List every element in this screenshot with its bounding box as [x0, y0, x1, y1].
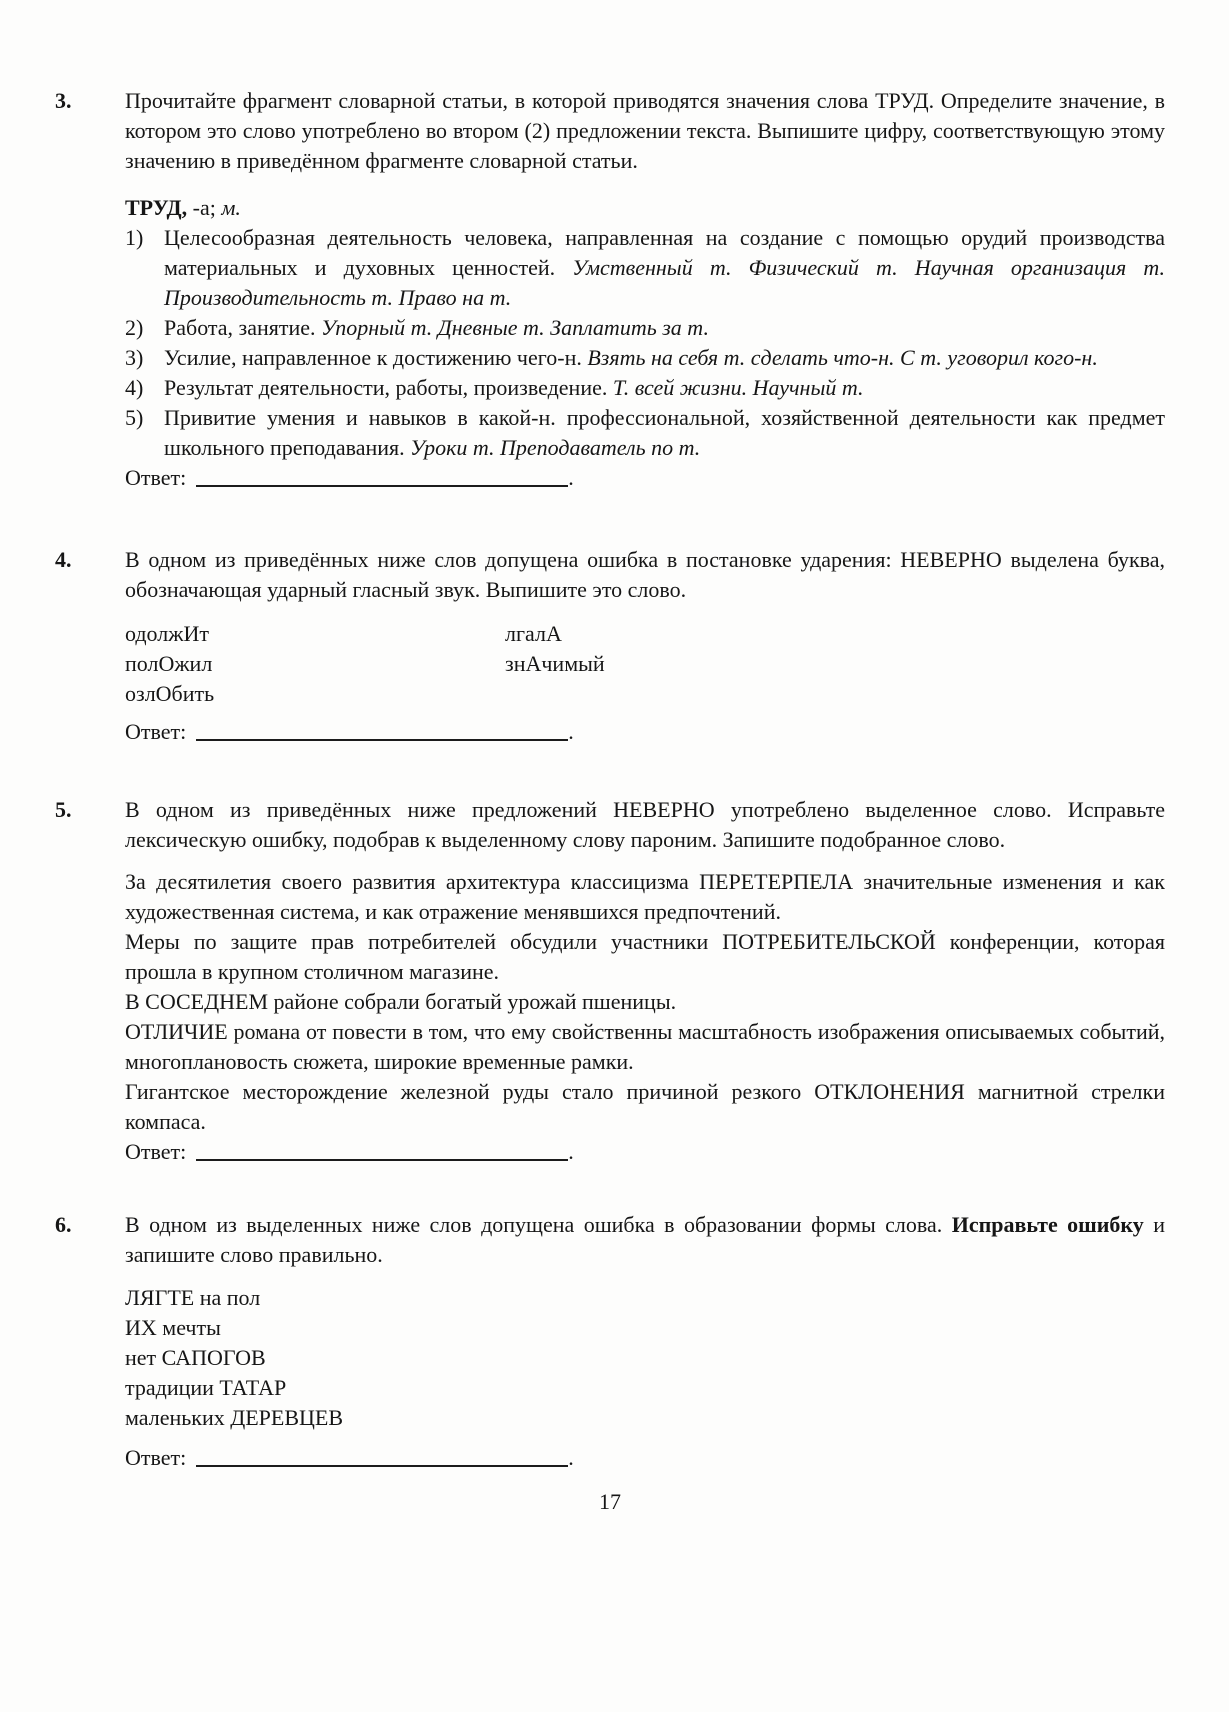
question-4-answer-row: Ответ:.	[125, 717, 1165, 747]
answer-blank-line	[196, 473, 568, 487]
question-4: 4. В одном из приведённых ниже слов допу…	[55, 545, 1165, 747]
question-5: 5. В одном из приведённых ниже предложен…	[55, 795, 1165, 1167]
dictionary-sense-5: 5) Привитие умения и навыков в какой-н. …	[125, 403, 1165, 463]
word-column-left: одолжИт полОжил озлОбить	[125, 619, 505, 709]
dictionary-forms: -а;	[193, 195, 216, 220]
word-item: полОжил	[125, 649, 505, 679]
answer-period: .	[568, 719, 574, 744]
word-column-right: лгалА знАчимый	[505, 619, 1165, 709]
word-item: знАчимый	[505, 649, 1165, 679]
dictionary-sense-4: 4) Результат деятельности, работы, произ…	[125, 373, 1165, 403]
sense-1-number: 1)	[125, 223, 164, 313]
dictionary-headword: ТРУД,	[125, 195, 187, 220]
question-4-intro: В одном из приведённых ниже слов допущен…	[125, 545, 1165, 605]
dictionary-entry: ТРУД, -а; м. 1) Целесообразная деятельно…	[125, 193, 1165, 463]
word-item: ЛЯГТЕ на пол	[125, 1283, 1165, 1313]
sentence-item: В СОСЕДНЕМ районе собрали богатый урожай…	[125, 987, 1165, 1017]
sense-3-examples: Взять на себя т. сделать что-н. С т. уго…	[587, 345, 1097, 370]
answer-label: Ответ:	[125, 1445, 186, 1470]
answer-blank-line	[196, 727, 568, 741]
question-6-answer-row: Ответ:.	[125, 1443, 1165, 1473]
sentence-item: За десятилетия своего развития архитекту…	[125, 867, 1165, 927]
question-3: 3. Прочитайте фрагмент словарной статьи,…	[55, 86, 1165, 493]
sense-5-number: 5)	[125, 403, 164, 463]
dictionary-sense-3: 3) Усилие, направленное к достижению чег…	[125, 343, 1165, 373]
question-3-answer-row: Ответ:.	[125, 463, 1165, 493]
sense-4-examples: Т. всей жизни. Научный т.	[613, 375, 864, 400]
answer-blank-line	[196, 1453, 568, 1467]
question-4-number: 4.	[55, 545, 125, 747]
question-4-word-columns: одолжИт полОжил озлОбить лгалА знАчимый	[125, 619, 1165, 709]
word-item: нет САПОГОВ	[125, 1343, 1165, 1373]
sense-2-number: 2)	[125, 313, 164, 343]
answer-label: Ответ:	[125, 465, 186, 490]
exam-page: 3. Прочитайте фрагмент словарной статьи,…	[0, 0, 1229, 1712]
question-3-intro: Прочитайте фрагмент словарной статьи, в …	[125, 86, 1165, 176]
sense-2-definition: Работа, занятие.	[164, 315, 316, 340]
sense-4-definition: Результат деятельности, работы, произвед…	[164, 375, 607, 400]
question-6-word-list: ЛЯГТЕ на пол ИХ мечты нет САПОГОВ традиц…	[125, 1283, 1165, 1433]
sense-3-definition: Усилие, направленное к достижению чего-н…	[164, 345, 582, 370]
question-5-sentences: За десятилетия своего развития архитекту…	[125, 867, 1165, 1137]
question-5-number: 5.	[55, 795, 125, 1167]
word-item: ИХ мечты	[125, 1313, 1165, 1343]
question-6-intro-start: В одном из выделенных ниже слов допущена…	[125, 1212, 952, 1237]
answer-period: .	[568, 1139, 574, 1164]
sense-2-examples: Упорный т. Дневные т. Заплатить за т.	[321, 315, 709, 340]
question-6-intro: В одном из выделенных ниже слов допущена…	[125, 1210, 1165, 1270]
page-number: 17	[55, 1487, 1165, 1517]
dictionary-headline: ТРУД, -а; м.	[125, 193, 1165, 223]
answer-period: .	[568, 1445, 574, 1470]
dictionary-sense-2: 2) Работа, занятие. Упорный т. Дневные т…	[125, 313, 1165, 343]
word-item: одолжИт	[125, 619, 505, 649]
sense-4-number: 4)	[125, 373, 164, 403]
sense-5-examples: Уроки т. Преподаватель по т.	[410, 435, 700, 460]
question-3-number: 3.	[55, 86, 125, 493]
question-5-answer-row: Ответ:.	[125, 1137, 1165, 1167]
answer-period: .	[568, 465, 574, 490]
sentence-item: ОТЛИЧИЕ романа от повести в том, что ему…	[125, 1017, 1165, 1077]
word-item: озлОбить	[125, 679, 505, 709]
question-5-intro: В одном из приведённых ниже предложений …	[125, 795, 1165, 855]
answer-label: Ответ:	[125, 719, 186, 744]
sentence-item: Меры по защите прав потребителей обсудил…	[125, 927, 1165, 987]
word-item: лгалА	[505, 619, 1165, 649]
question-6-intro-bold: Исправьте ошибку	[952, 1212, 1144, 1237]
question-6-number: 6.	[55, 1210, 125, 1473]
answer-label: Ответ:	[125, 1139, 186, 1164]
word-item: традиции ТАТАР	[125, 1373, 1165, 1403]
dictionary-gender: м.	[221, 195, 241, 220]
answer-blank-line	[196, 1147, 568, 1161]
question-6: 6. В одном из выделенных ниже слов допущ…	[55, 1210, 1165, 1473]
sense-3-number: 3)	[125, 343, 164, 373]
word-item: маленьких ДЕРЕВЦЕВ	[125, 1403, 1165, 1433]
dictionary-sense-1: 1) Целесообразная деятельность человека,…	[125, 223, 1165, 313]
sentence-item: Гигантское месторождение железной руды с…	[125, 1077, 1165, 1137]
